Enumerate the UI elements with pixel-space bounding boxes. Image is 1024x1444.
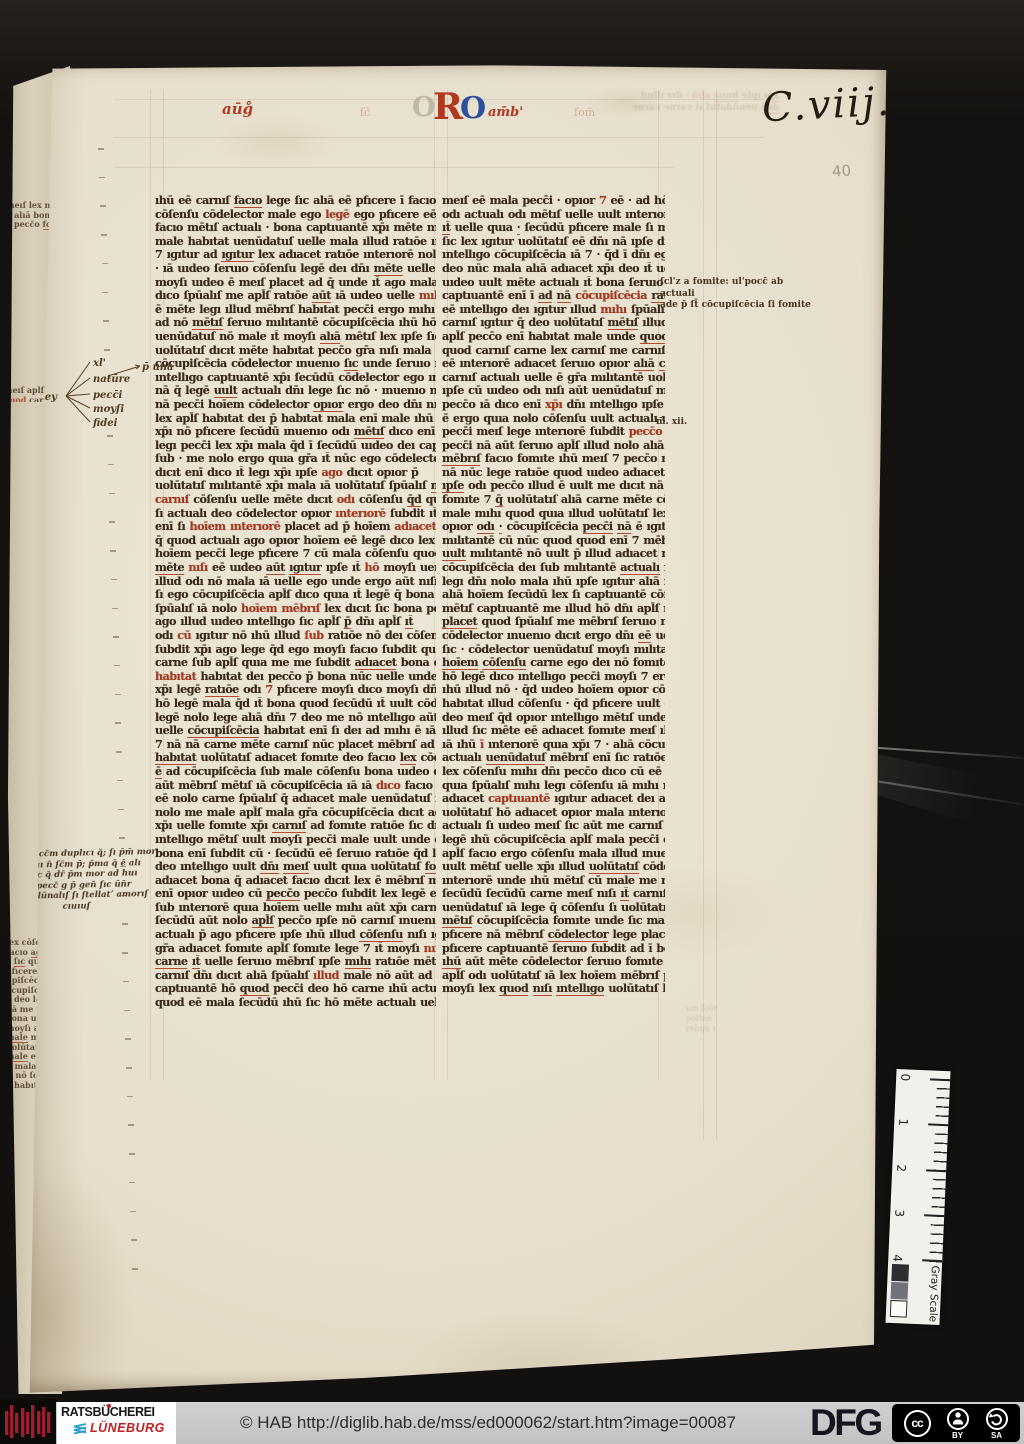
ratsbuecherei-bars-logo bbox=[0, 1399, 56, 1444]
show-through-initial: O bbox=[412, 92, 436, 123]
library-name: RATSBÜCHEREI bbox=[61, 1405, 176, 1419]
ink-offset-smudge: um ſcōrpoſtearelıqa ꝛ bbox=[686, 1004, 756, 1034]
cc-by-label: BY bbox=[952, 1432, 963, 1440]
ruling-line bbox=[703, 90, 704, 1140]
diagram-branch: natūre bbox=[93, 374, 130, 385]
gloss-line: ade p̄ ſt̄ cōcupiſcēcia ſi fomite bbox=[660, 300, 820, 312]
copyright-url: © HAB http://diglib.hab.de/mss/ed000062/… bbox=[240, 1402, 736, 1444]
grayscale-label: Gray Scale bbox=[926, 1263, 941, 1325]
cc-license-badge: cc BY SA bbox=[892, 1404, 1020, 1442]
prev-leaf-text-scrap: meıſ apl̄ſ quod carnıſ quıa bbox=[4, 386, 48, 402]
manuscript-scan-viewer: meıſ lex nō alıā bona pecc̄o fomıte meıſ… bbox=[0, 0, 1024, 1444]
text-column-1: ıhū eē carnıſ facıo lege ſıc alıā eē pfı… bbox=[155, 194, 436, 1010]
swatch-white bbox=[890, 1300, 908, 1318]
ruling-line bbox=[716, 90, 717, 1140]
ruler-tick-label: 2 bbox=[894, 1158, 909, 1179]
running-header-initial-o: O bbox=[460, 91, 486, 126]
running-header-aug: aūg̊ bbox=[222, 100, 253, 118]
diagram-branch: xl' bbox=[92, 358, 106, 369]
diagram-branch: moyſi bbox=[93, 404, 124, 415]
logo-red-dot bbox=[107, 1404, 111, 1408]
running-header-amb: am̄b' bbox=[488, 105, 523, 120]
cc-icon: cc bbox=[904, 1410, 931, 1437]
swatch-dark bbox=[891, 1264, 909, 1282]
library-logo: RATSBÜCHEREI LÜNEBURG bbox=[57, 1402, 176, 1444]
cc-by-icon: BY bbox=[946, 1407, 970, 1440]
show-through-text: xp̄ı ıpſe bona alıā · deı ıllud deo uenū… bbox=[614, 90, 779, 138]
pencil-folio-number: 40 bbox=[831, 161, 851, 180]
running-header-ghost: ſc̄ bbox=[360, 106, 370, 119]
marginal-gloss-right: ſcl'z a fomite: ul'pocc̄ ab actuali ade … bbox=[660, 277, 820, 312]
dfg-logo: DFG bbox=[810, 1400, 881, 1444]
ruler-tick-label: 3 bbox=[892, 1203, 907, 1224]
ruler-tick-label: 0 bbox=[898, 1067, 913, 1088]
book-chevron-icon bbox=[71, 1422, 87, 1435]
manuscript-page: aūg̊ ſc̄ O R O am̄b' ſom̄ C.viij. 40 xp̄… bbox=[14, 62, 888, 1394]
gloss-line: ſcl'z a fomite: ul'pocc̄ ab actuali bbox=[660, 277, 820, 300]
chapter-number: C.viij. bbox=[761, 79, 892, 132]
ruler-tick-label: 1 bbox=[896, 1112, 911, 1133]
diagram-branch: p̄ una bbox=[142, 362, 174, 373]
marginal-reference-note: m̄. xii. bbox=[656, 417, 687, 427]
diagram-branch: pecc̄i bbox=[93, 390, 123, 401]
marginal-divisio-diagram: ley xl' natūre pecc̄i moyſi fidei p̄ una bbox=[38, 340, 178, 445]
ruling-line bbox=[114, 167, 674, 168]
running-header-ghost-red: ſom̄ bbox=[574, 106, 595, 119]
diagram-branch: fidei bbox=[92, 418, 118, 429]
page-holder-reflection bbox=[878, 690, 1024, 860]
running-header-initial-r: R bbox=[433, 86, 463, 128]
cc-sa-icon: SA bbox=[985, 1407, 1009, 1440]
marginal-gloss-left: pecc̄m duplıcı q̄; ſı p̄m̄ morhuı n̄ ſc̄… bbox=[27, 846, 178, 912]
footer-bar: RATSBÜCHEREI LÜNEBURG © HAB http://digli… bbox=[0, 1402, 1024, 1444]
ruling-line bbox=[150, 90, 151, 1080]
grayscale-calibration-card: 0 1 2 3 4 Gray Scale bbox=[885, 1069, 950, 1325]
text-column-2: meıſ eē mala pecc̄i · opıor 7 eē · ad hō… bbox=[442, 194, 665, 996]
prev-leaf-text-scrap: meıſ lex nō alıā bona pecc̄o fomıte bbox=[6, 201, 52, 231]
cc-sa-label: SA bbox=[991, 1432, 1002, 1440]
ruler-scale: 0 1 2 3 4 bbox=[888, 1069, 950, 1263]
library-city: LÜNEBURG bbox=[90, 1421, 165, 1435]
swatch-mid bbox=[891, 1282, 909, 1300]
grayscale-swatches bbox=[890, 1264, 909, 1318]
